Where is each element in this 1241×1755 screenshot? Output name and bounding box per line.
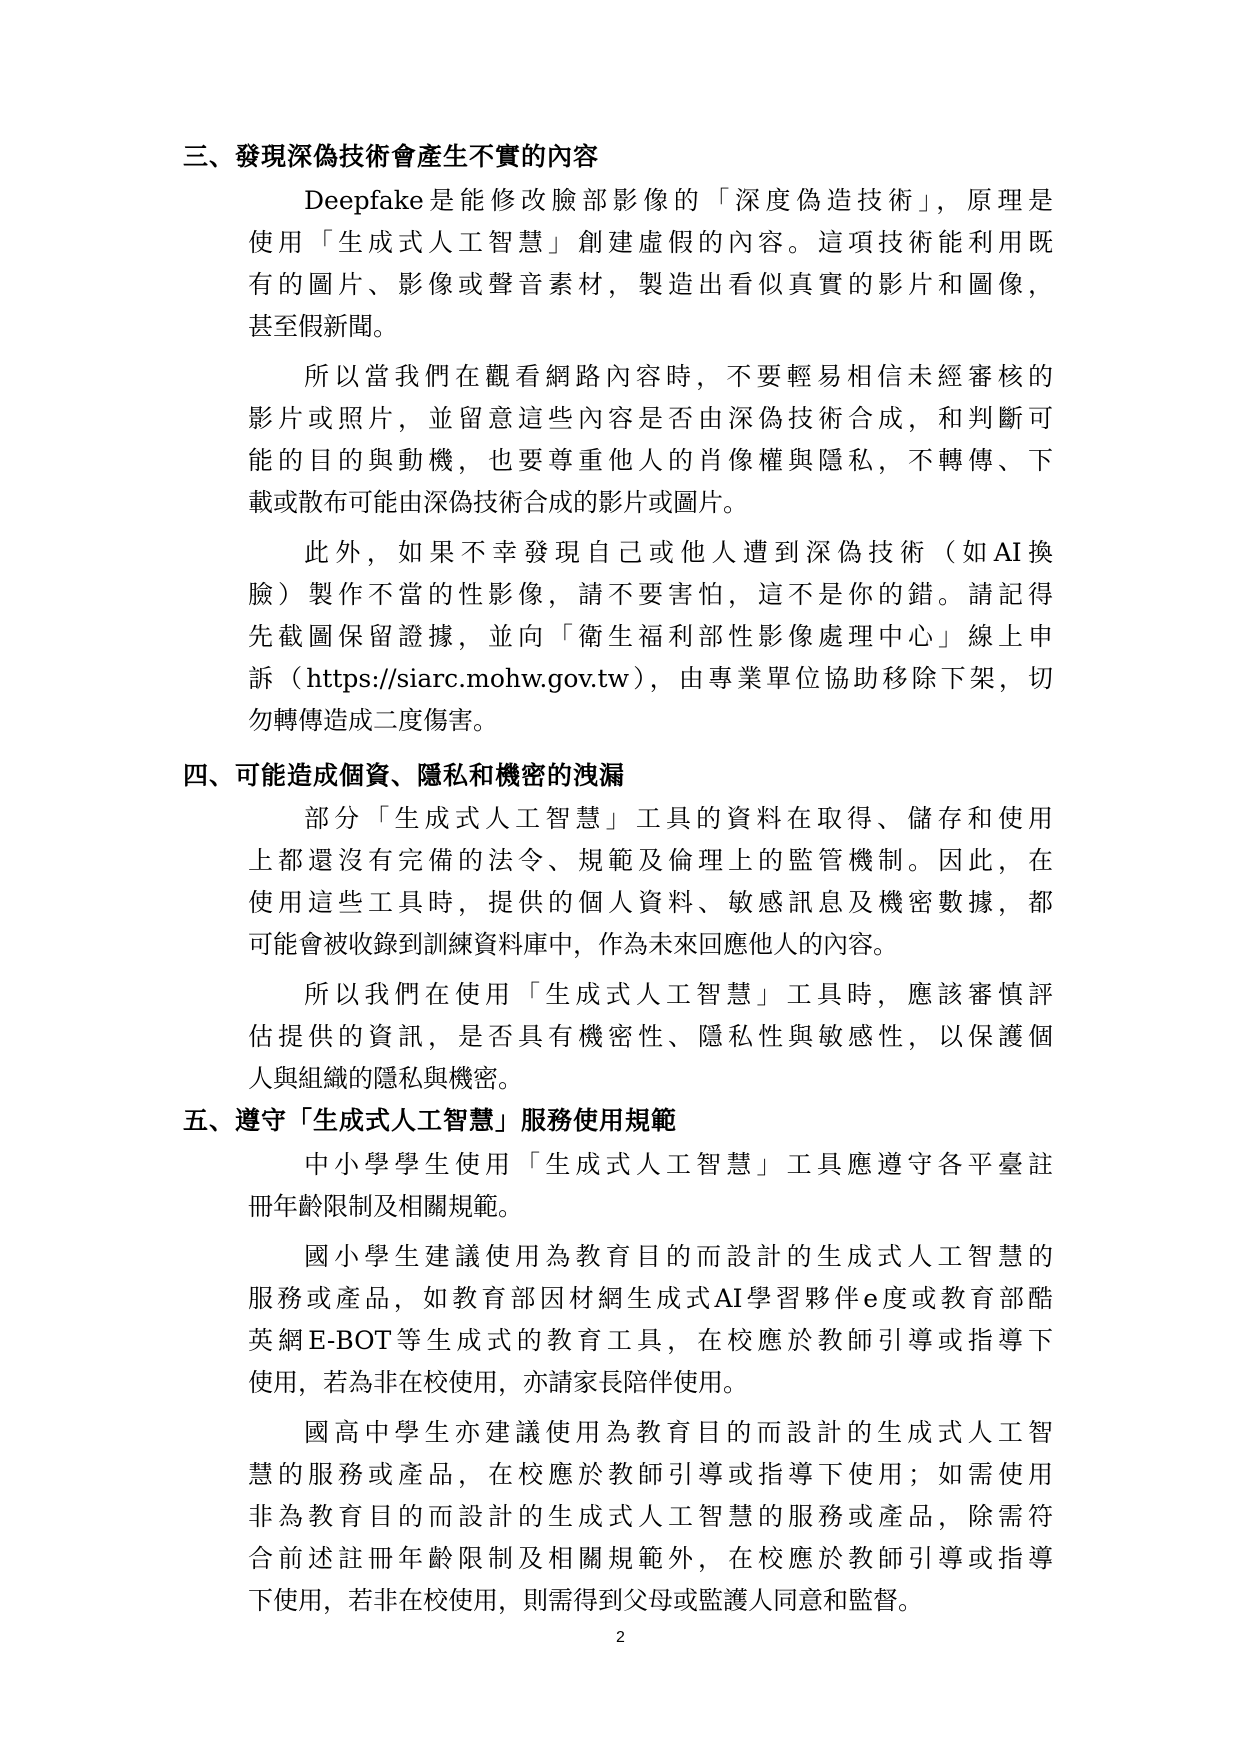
paragraph-line: 此外，如果不幸發現自己或他人遭到深偽技術（如AI換: [304, 538, 1053, 568]
paragraph-line: 甚至假新聞。: [248, 312, 1053, 342]
section-heading-4: 四、可能造成個資、隱私和機密的洩漏: [183, 761, 625, 791]
paragraph-line: 非為教育目的而設計的生成式人工智慧的服務或產品，除需符: [248, 1502, 1053, 1532]
section-heading-5: 五、遵守「生成式人工智慧」服務使用規範: [183, 1106, 677, 1136]
paragraph-line: 下使用，若非在校使用，則需得到父母或監護人同意和監督。: [248, 1586, 1053, 1616]
paragraph-line: 使用這些工具時，提供的個人資料、敏感訊息及機密數據，都: [248, 888, 1053, 918]
paragraph-line: 中小學學生使用「生成式人工智慧」工具應遵守各平臺註: [304, 1150, 1053, 1180]
paragraph-line: 上都還沒有完備的法令、規範及倫理上的監管機制。因此，在: [248, 846, 1053, 876]
paragraph-line: 使用，若為非在校使用，亦請家長陪伴使用。: [248, 1368, 1053, 1398]
document-page: 三、發現深偽技術會產生不實的內容 Deepfake是能修改臉部影像的「深度偽造技…: [0, 0, 1241, 1755]
paragraph-line: 服務或產品，如教育部因材網生成式AI學習夥伴e度或教育部酷: [248, 1284, 1053, 1314]
paragraph-line: 合前述註冊年齡限制及相關規範外，在校應於教師引導或指導: [248, 1544, 1053, 1574]
paragraph-line: 人與組織的隱私與機密。: [248, 1064, 1053, 1094]
page-number: 2: [0, 1629, 1241, 1647]
section-heading-3: 三、發現深偽技術會產生不實的內容: [183, 142, 599, 172]
paragraph-line: 載或散布可能由深偽技術合成的影片或圖片。: [248, 488, 1053, 518]
paragraph-line: 冊年齡限制及相關規範。: [248, 1192, 1053, 1222]
paragraph-line: 所以當我們在觀看網路內容時，不要輕易相信未經審核的: [304, 362, 1053, 392]
paragraph-line: 可能會被收錄到訓練資料庫中，作為未來回應他人的內容。: [248, 930, 1053, 960]
paragraph-line: 影片或照片，並留意這些內容是否由深偽技術合成，和判斷可: [248, 404, 1053, 434]
paragraph-line: 估提供的資訊，是否具有機密性、隱私性與敏感性，以保護個: [248, 1022, 1053, 1052]
paragraph-line: 使用「生成式人工智慧」創建虛假的內容。這項技術能利用既: [248, 228, 1053, 258]
paragraph-line: 能的目的與動機，也要尊重他人的肖像權與隱私，不轉傳、下: [248, 446, 1053, 476]
paragraph-line: 英網E-BOT等生成式的教育工具，在校應於教師引導或指導下: [248, 1326, 1053, 1356]
paragraph-line: 先截圖保留證據，並向「衛生福利部性影像處理中心」線上申: [248, 622, 1053, 652]
paragraph-line: 勿轉傳造成二度傷害。: [248, 706, 1053, 736]
paragraph-line: 所以我們在使用「生成式人工智慧」工具時，應該審慎評: [304, 980, 1053, 1010]
paragraph-line: 有的圖片、影像或聲音素材，製造出看似真實的影片和圖像，: [248, 270, 1053, 300]
paragraph-line: 慧的服務或產品，在校應於教師引導或指導下使用；如需使用: [248, 1460, 1053, 1490]
paragraph-line: 部分「生成式人工智慧」工具的資料在取得、儲存和使用: [304, 804, 1053, 834]
paragraph-line: 國小學生建議使用為教育目的而設計的生成式人工智慧的: [304, 1242, 1053, 1272]
paragraph-line: Deepfake是能修改臉部影像的「深度偽造技術」，原理是: [304, 186, 1053, 216]
paragraph-line: 訴（https://siarc.mohw.gov.tw），由專業單位協助移除下架…: [248, 664, 1053, 694]
paragraph-line: 國高中學生亦建議使用為教育目的而設計的生成式人工智: [304, 1418, 1053, 1448]
paragraph-line: 臉）製作不當的性影像，請不要害怕，這不是你的錯。請記得: [248, 580, 1053, 610]
